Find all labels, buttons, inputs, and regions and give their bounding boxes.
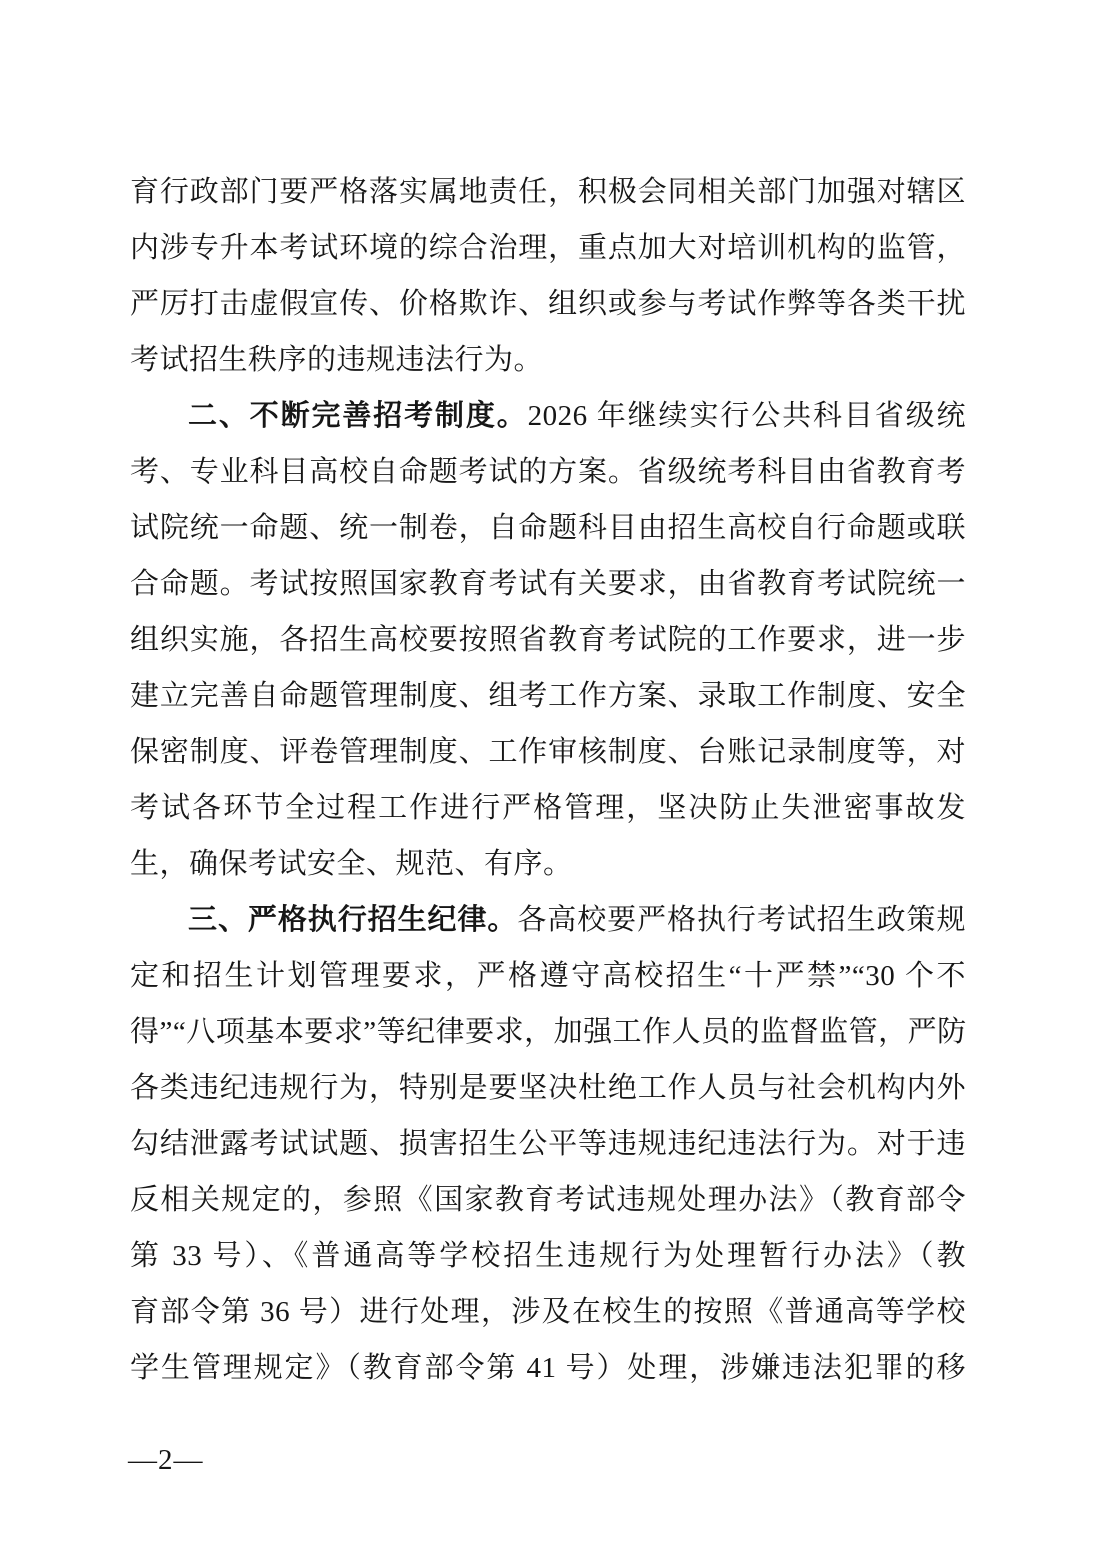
text-line: 勾结泄露考试试题、损害招生公平等违规违纪违法行为。对于违 <box>130 1116 966 1172</box>
line-text: 考、专业科目高校自命题考试的方案。省级统考科目由省教育考 <box>130 456 966 488</box>
text-line: 育部令第 36 号）进行处理，涉及在校生的按照《普通高等学校 <box>130 1284 966 1340</box>
line-text: 考试各环节全过程工作进行严格管理，坚决防止失泄密事故发 <box>130 792 966 824</box>
line-text: 2026 年继续实行公共科目省级统 <box>528 400 966 432</box>
text-line: 定和招生计划管理要求，严格遵守高校招生“十严禁”“30 个不 <box>130 948 966 1004</box>
text-line: 建立完善自命题管理制度、组考工作方案、录取工作制度、安全 <box>130 668 966 724</box>
line-text: 严厉打击虚假宣传、价格欺诈、组织或参与考试作弊等各类干扰 <box>130 288 966 320</box>
text-line: 考、专业科目高校自命题考试的方案。省级统考科目由省教育考 <box>130 444 966 500</box>
line-text: 各类违纪违规行为，特别是要坚决杜绝工作人员与社会机构内外 <box>130 1072 966 1104</box>
text-line: 试院统一命题、统一制卷，自命题科目由招生高校自行命题或联 <box>130 500 966 556</box>
line-text: 试院统一命题、统一制卷，自命题科目由招生高校自行命题或联 <box>130 512 966 544</box>
text-line: 考试招生秩序的违规违法行为。 <box>130 332 966 388</box>
line-text: 定和招生计划管理要求，严格遵守高校招生“十严禁”“30 个不 <box>130 960 966 992</box>
line-text: 各高校要严格执行考试招生政策规 <box>517 904 966 936</box>
line-text: 建立完善自命题管理制度、组考工作方案、录取工作制度、安全 <box>130 680 966 712</box>
section-heading-line-2: 二、不断完善招考制度。2026 年继续实行公共科目省级统 <box>130 388 966 444</box>
line-text: 内涉专升本考试环境的综合治理，重点加大对培训机构的监管， <box>130 232 966 264</box>
text-line: 第 33 号）、《普通高等学校招生违规行为处理暂行办法》（教 <box>130 1228 966 1284</box>
line-text: 组织实施，各招生高校要按照省教育考试院的工作要求，进一步 <box>130 624 966 656</box>
section-heading-line-3: 三、严格执行招生纪律。各高校要严格执行考试招生政策规 <box>130 892 966 948</box>
line-text: 育部令第 36 号）进行处理，涉及在校生的按照《普通高等学校 <box>130 1296 966 1328</box>
line-text: 合命题。考试按照国家教育考试有关要求，由省教育考试院统一 <box>130 568 966 600</box>
text-line: 考试各环节全过程工作进行严格管理，坚决防止失泄密事故发 <box>130 780 966 836</box>
text-line: 学生管理规定》（教育部令第 41 号）处理，涉嫌违法犯罪的移 <box>130 1340 966 1396</box>
page-number: —2— <box>128 1438 204 1482</box>
document-body: 育行政部门要严格落实属地责任，积极会同相关部门加强对辖区 内涉专升本考试环境的综… <box>130 164 966 1396</box>
text-line: 得”“八项基本要求”等纪律要求，加强工作人员的监督监管，严防 <box>130 1004 966 1060</box>
text-line: 保密制度、评卷管理制度、工作审核制度、台账记录制度等，对 <box>130 724 966 780</box>
text-line: 反相关规定的，参照《国家教育考试违规处理办法》（教育部令 <box>130 1172 966 1228</box>
line-text: 得”“八项基本要求”等纪律要求，加强工作人员的监督监管，严防 <box>130 1016 967 1048</box>
line-text: 第 33 号）、《普通高等学校招生违规行为处理暂行办法》（教 <box>130 1240 966 1272</box>
section-heading: 二、不断完善招考制度。 <box>188 400 528 432</box>
text-line: 育行政部门要严格落实属地责任，积极会同相关部门加强对辖区 <box>130 164 966 220</box>
text-line: 严厉打击虚假宣传、价格欺诈、组织或参与考试作弊等各类干扰 <box>130 276 966 332</box>
line-text: 保密制度、评卷管理制度、工作审核制度、台账记录制度等，对 <box>130 736 966 768</box>
line-text: 学生管理规定》（教育部令第 41 号）处理，涉嫌违法犯罪的移 <box>130 1352 966 1384</box>
text-line: 生，确保考试安全、规范、有序。 <box>130 836 966 892</box>
line-text: 反相关规定的，参照《国家教育考试违规处理办法》（教育部令 <box>130 1184 966 1216</box>
text-line: 组织实施，各招生高校要按照省教育考试院的工作要求，进一步 <box>130 612 966 668</box>
line-text: 勾结泄露考试试题、损害招生公平等违规违纪违法行为。对于违 <box>130 1128 966 1160</box>
text-line: 各类违纪违规行为，特别是要坚决杜绝工作人员与社会机构内外 <box>130 1060 966 1116</box>
text-line: 内涉专升本考试环境的综合治理，重点加大对培训机构的监管， <box>130 220 966 276</box>
text-line: 合命题。考试按照国家教育考试有关要求，由省教育考试院统一 <box>130 556 966 612</box>
section-heading: 三、严格执行招生纪律。 <box>188 904 517 936</box>
line-text: 育行政部门要严格落实属地责任，积极会同相关部门加强对辖区 <box>130 176 966 208</box>
line-text: 考试招生秩序的违规违法行为。 <box>130 344 543 376</box>
line-text: 生，确保考试安全、规范、有序。 <box>130 848 573 880</box>
document-page: 育行政部门要严格落实属地责任，积极会同相关部门加强对辖区 内涉专升本考试环境的综… <box>0 0 1102 1559</box>
